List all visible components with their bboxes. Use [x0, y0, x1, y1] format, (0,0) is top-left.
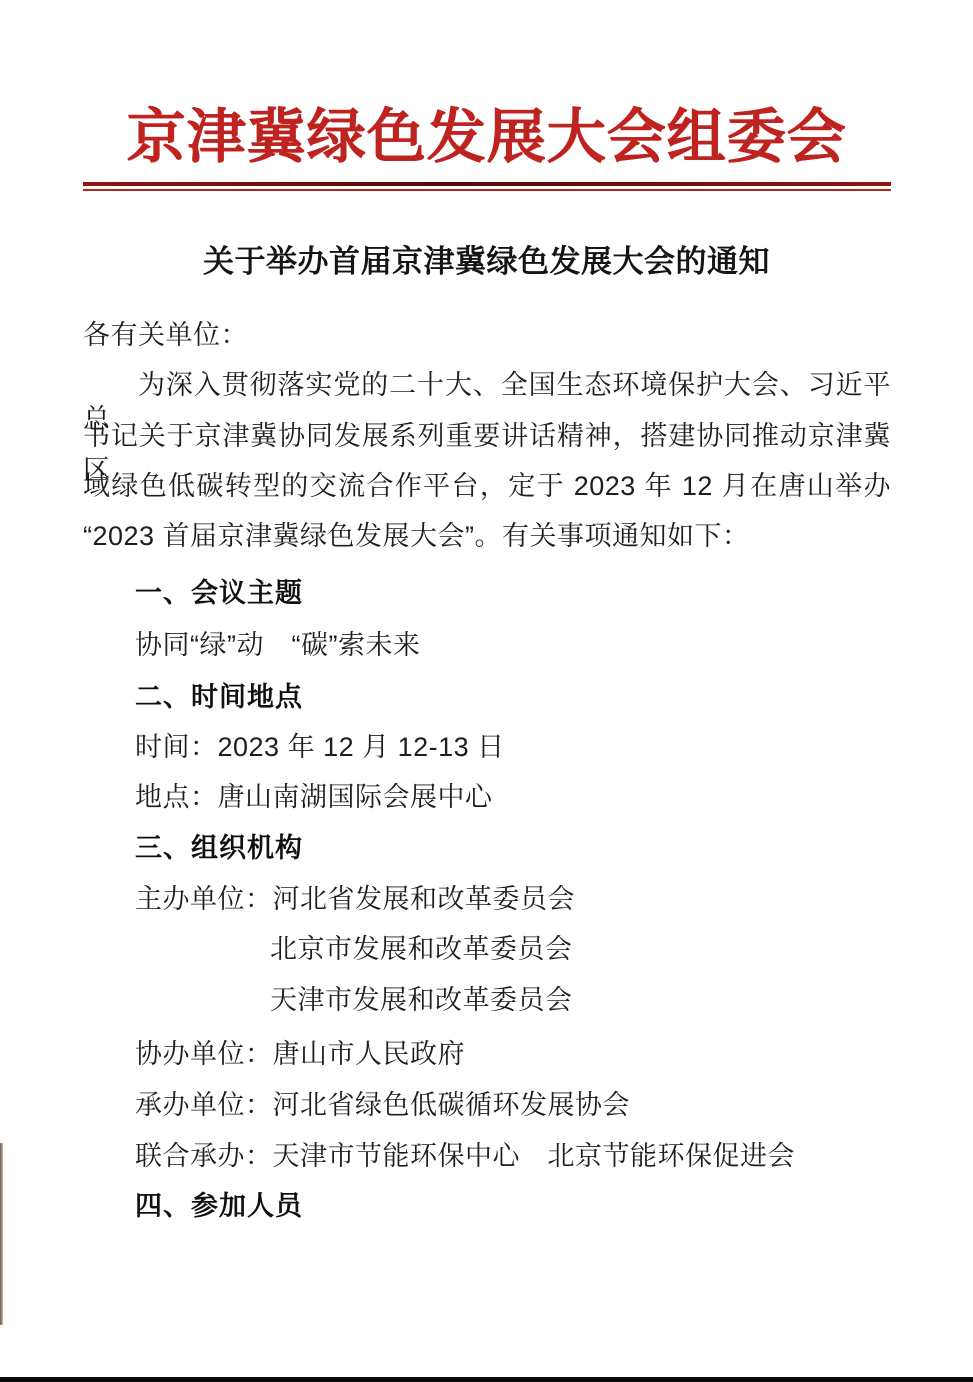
letterhead-rule-thick [83, 182, 891, 186]
undertaker-line: 承办单位：河北省绿色低碳循环发展协会 [135, 1088, 630, 1122]
time-line: 时间：2023 年 12 月 12-13 日 [135, 730, 505, 764]
intro-line: “2023 首届京津冀绿色发展大会”。有关事项通知如下： [83, 519, 891, 553]
scan-edge-artifact [0, 1143, 3, 1325]
letterhead-org-name: 京津冀绿色发展大会组委会 [0, 98, 973, 176]
theme-content: 协同“绿”动 “碳”索未来 [135, 628, 420, 662]
place-line: 地点：唐山南湖国际会展中心 [135, 780, 493, 814]
host-line-3: 天津市发展和改革委员会 [270, 983, 573, 1017]
scanned-notice-page: 京津冀绿色发展大会组委会 关于举办首届京津冀绿色发展大会的通知 各有关单位： 为… [0, 0, 973, 1382]
section-heading-theme: 一、会议主题 [135, 576, 303, 610]
section-heading-organization: 三、组织机构 [135, 831, 303, 865]
host-line: 主办单位：河北省发展和改革委员会 [135, 882, 575, 916]
document-title: 关于举办首届京津冀绿色发展大会的通知 [0, 242, 973, 282]
salutation: 各有关单位： [83, 318, 248, 352]
section-heading-time-place: 二、时间地点 [135, 680, 303, 714]
joint-undertakers-line: 联合承办：天津市节能环保中心 北京节能环保促进会 [135, 1139, 795, 1173]
scan-bottom-edge-bar [0, 1377, 973, 1382]
letterhead-rule-thin [83, 189, 891, 191]
section-heading-participants: 四、参加人员 [135, 1189, 303, 1223]
host-line-2: 北京市发展和改革委员会 [270, 932, 573, 966]
intro-line: 域绿色低碳转型的交流合作平台，定于 2023 年 12 月在唐山举办 [83, 469, 891, 503]
co-organizer-line: 协办单位：唐山市人民政府 [135, 1037, 465, 1071]
